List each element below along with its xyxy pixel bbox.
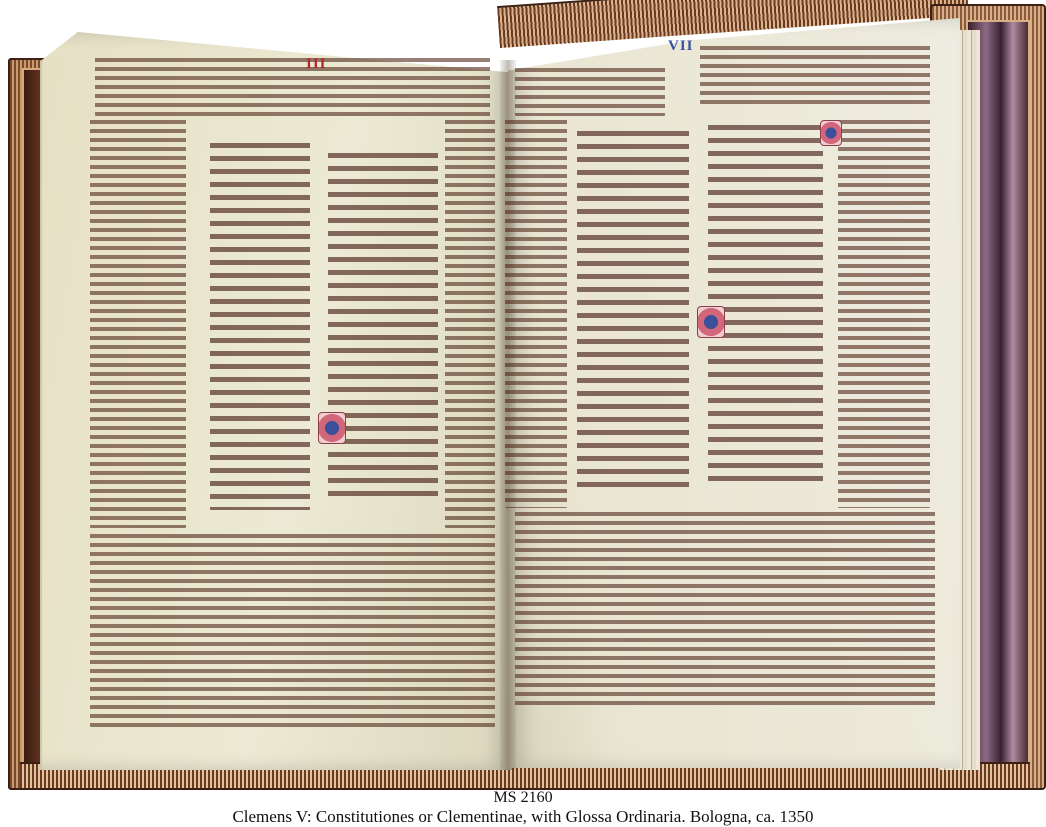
shelfmark: MS 2160: [0, 788, 1046, 807]
right-gloss-top-right: [700, 44, 930, 104]
right-gloss-outer-right: [838, 118, 930, 508]
left-gloss-bottom: [90, 532, 495, 727]
left-running-number: III: [306, 56, 327, 73]
right-gloss-top-left: [515, 66, 665, 116]
photo-caption: MS 2160 Clemens V: Constitutiones or Cle…: [0, 788, 1046, 826]
right-text-column-2: [708, 122, 823, 482]
left-gloss-top: [95, 56, 490, 116]
right-gloss-bottom: [515, 510, 935, 710]
left-decorated-initial: [318, 412, 346, 444]
right-running-number: VII: [668, 38, 694, 55]
left-gloss-outer: [90, 118, 186, 528]
right-gloss-outer-left: [505, 118, 567, 508]
manuscript-photo: III VII: [0, 0, 1046, 790]
caption-description: Clemens V: Constitutiones or Clementinae…: [0, 807, 1046, 826]
right-text-column-1: [577, 128, 689, 493]
right-decorated-initial: [697, 306, 725, 338]
left-text-column-1: [210, 140, 310, 510]
left-gloss-inner: [445, 118, 495, 528]
left-text-column-2: [328, 150, 438, 500]
right-margin-initial: [820, 120, 842, 146]
